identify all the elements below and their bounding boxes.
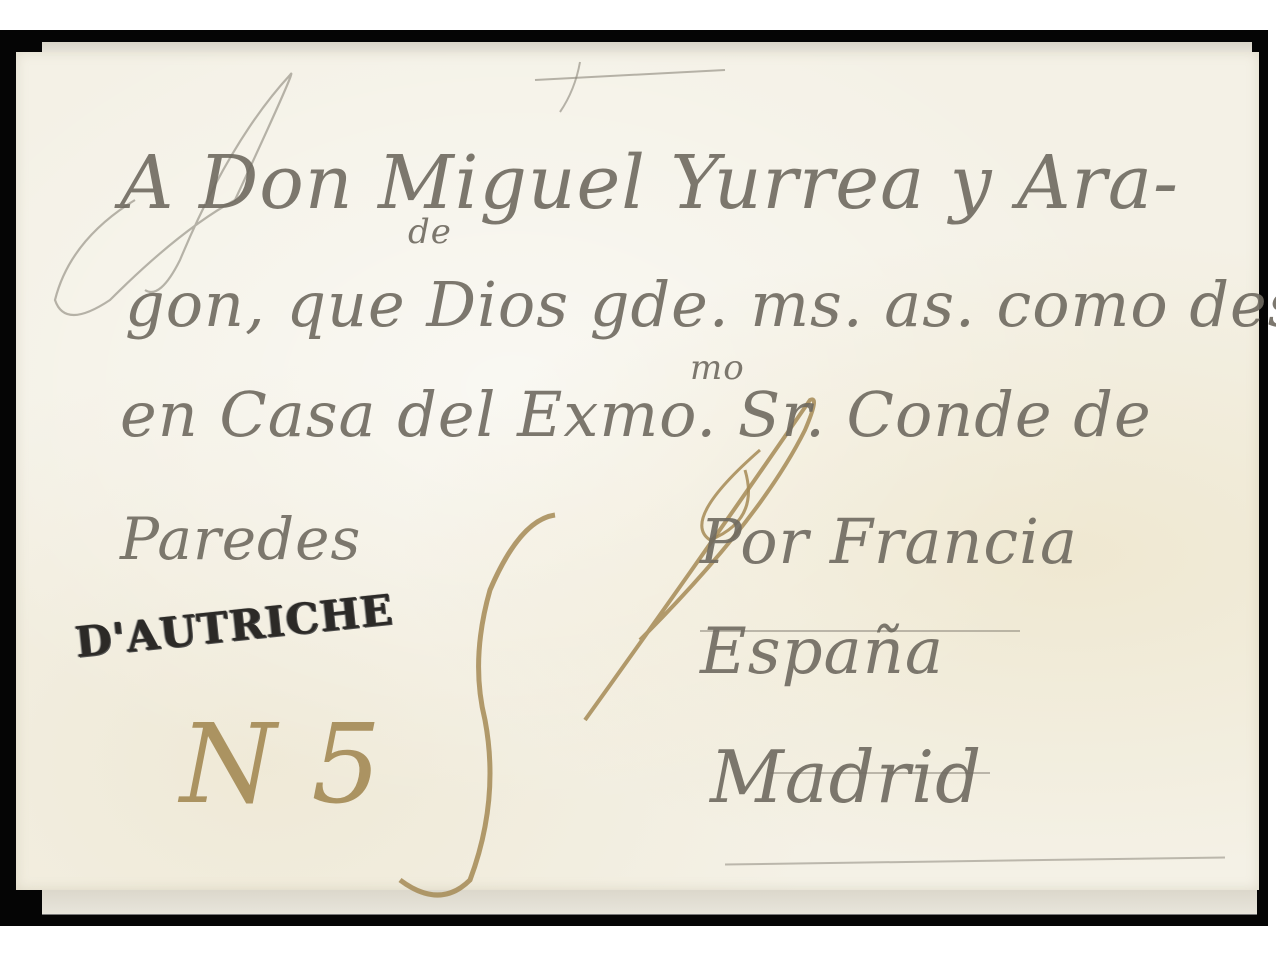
address-line-3: en Casa del Exmo. Sr. Conde de	[120, 378, 1152, 451]
manuscript-rate-marking: N 5	[180, 700, 381, 828]
city-line: Madrid	[710, 735, 982, 819]
address-line-4: Paredes	[120, 505, 361, 573]
route-line: Por Francia	[700, 505, 1078, 578]
address-line-2: gon, que Dios gde. ms. as. como desseo	[125, 268, 1276, 341]
country-line: España	[700, 615, 944, 689]
address-superscript-1: de	[408, 212, 452, 252]
address-line-1: A Don Miguel Yurrea y Ara-	[120, 140, 1179, 226]
